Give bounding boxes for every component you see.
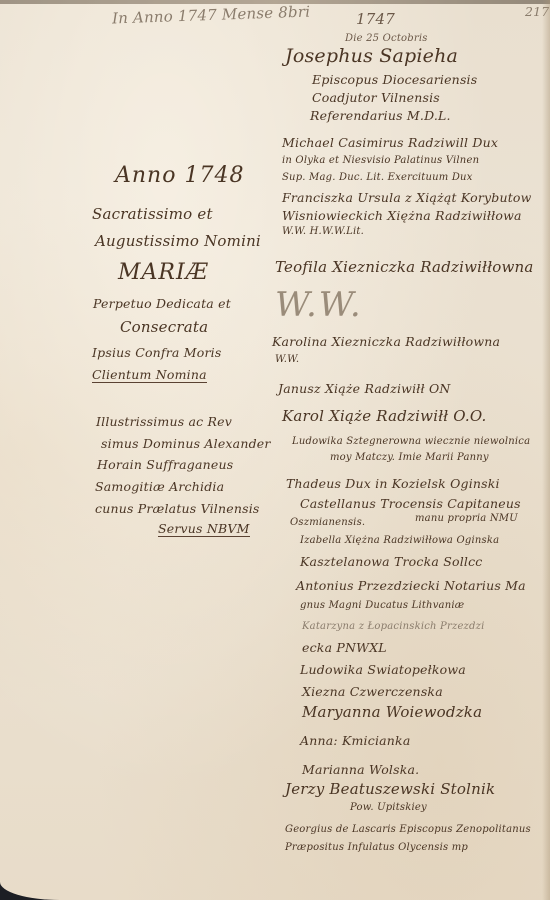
entry-line: Jerzy Beatuszewski Stolnik — [285, 780, 495, 798]
entry-line: Præpositus Infulatus Olycensis mp — [285, 842, 468, 853]
entry-line: Oszmianensis. — [290, 517, 365, 528]
entry-date: Die 25 Octobris — [345, 33, 428, 44]
entry-line: Antonius Przezdziecki Notarius Ma — [296, 578, 526, 593]
entry-line: moy Matczy. Imie Marii Panny — [330, 452, 489, 463]
entry-line: gnus Magni Ducatus Lithvaniæ — [300, 600, 464, 611]
entry-line: W.W. — [275, 354, 299, 365]
entry-line: ecka PNWXL — [302, 640, 387, 655]
entry-line: Karolina Xiezniczka Radziwiłłowna — [272, 334, 500, 349]
dedication-signature: Servus NBVM — [158, 521, 250, 537]
entry-line: Castellanus Trocensis Capitaneus — [300, 496, 521, 511]
entry-line: Katarzyna z Łopacinskich Przezdzi — [302, 621, 485, 632]
dedication-line: simus Dominus Alexander — [101, 436, 271, 451]
left-line: Ipsius Confra Moris — [92, 345, 221, 360]
manuscript-page: In Anno 1747 Mense 8bri 1747 217 Anno 17… — [0, 0, 550, 900]
dedication-line: Samogitiæ Archidia — [95, 479, 224, 494]
page-number: 217 — [525, 4, 549, 19]
left-line: Clientum Nomina — [92, 367, 207, 383]
dedication-line: cunus Prælatus Vilnensis — [95, 501, 260, 516]
entry-line: Episcopus Diocesariensis — [312, 72, 477, 87]
entry-line: Ludowika Sztegnerowna wiecznie niewolnic… — [292, 436, 530, 447]
entry-line: Franciszka Ursula z Xiążąt Korybutow — [282, 190, 532, 205]
entry-line: Karol Xiąże Radziwiłł O.O. — [282, 407, 486, 425]
entry-line: Izabella Xiężna Radziwiłłowa Oginska — [300, 535, 499, 546]
left-line: Consecrata — [120, 318, 208, 336]
anno-heading: Anno 1748 — [115, 163, 244, 188]
entry-line: Coadjutor Vilnensis — [312, 90, 440, 105]
entry-line: Teofila Xiezniczka Radziwiłłowna — [275, 258, 534, 276]
entry-line: Pow. Upitskiey — [350, 802, 427, 813]
maria-heading: MARIÆ — [118, 260, 209, 285]
entry-line: Maryanna Woiewodzka — [302, 703, 482, 721]
entry-line: Ludowika Swiatopełkowa — [300, 662, 466, 677]
entry-initials: W.W. — [275, 285, 363, 325]
entry-line: Wisniowieckich Xiężna Radziwiłłowa — [282, 208, 522, 223]
dedication-line: Horain Suffraganeus — [97, 457, 233, 472]
entry-line: Xiezna Czwerczenska — [302, 684, 443, 699]
entry-line: Anna: Kmicianka — [300, 733, 410, 748]
entry-line: Thadeus Dux in Kozielsk Oginski — [286, 476, 500, 491]
entry-line: manu propria NMU — [415, 513, 518, 524]
entry-line: Referendarius M.D.L. — [310, 108, 451, 123]
running-note: In Anno 1747 Mense 8bri — [112, 3, 311, 28]
left-line: Perpetuo Dedicata et — [93, 296, 231, 311]
year-heading: 1747 — [356, 10, 395, 28]
entry-line: Janusz Xiąże Radziwiłł ON — [278, 381, 451, 396]
entry-line: Kasztelanowa Trocka Sollcc — [300, 554, 483, 569]
entry-line: Michael Casimirus Radziwill Dux — [282, 135, 498, 150]
entry-line: W.W. H.W.W.Lit. — [282, 226, 364, 237]
entry-line: Sup. Mag. Duc. Lit. Exercituum Dux — [282, 172, 473, 183]
entry-line: Josephus Sapieha — [285, 45, 458, 67]
entry-line: Marianna Wolska. — [302, 762, 419, 777]
left-line: Augustissimo Nomini — [95, 232, 261, 250]
entry-line: Georgius de Lascaris Episcopus Zenopolit… — [285, 824, 531, 835]
entry-line: in Olyka et Niesvisio Palatinus Vilnen — [282, 155, 479, 166]
dedication-line: Illustrissimus ac Rev — [96, 414, 232, 429]
left-line: Sacratissimo et — [92, 205, 213, 223]
